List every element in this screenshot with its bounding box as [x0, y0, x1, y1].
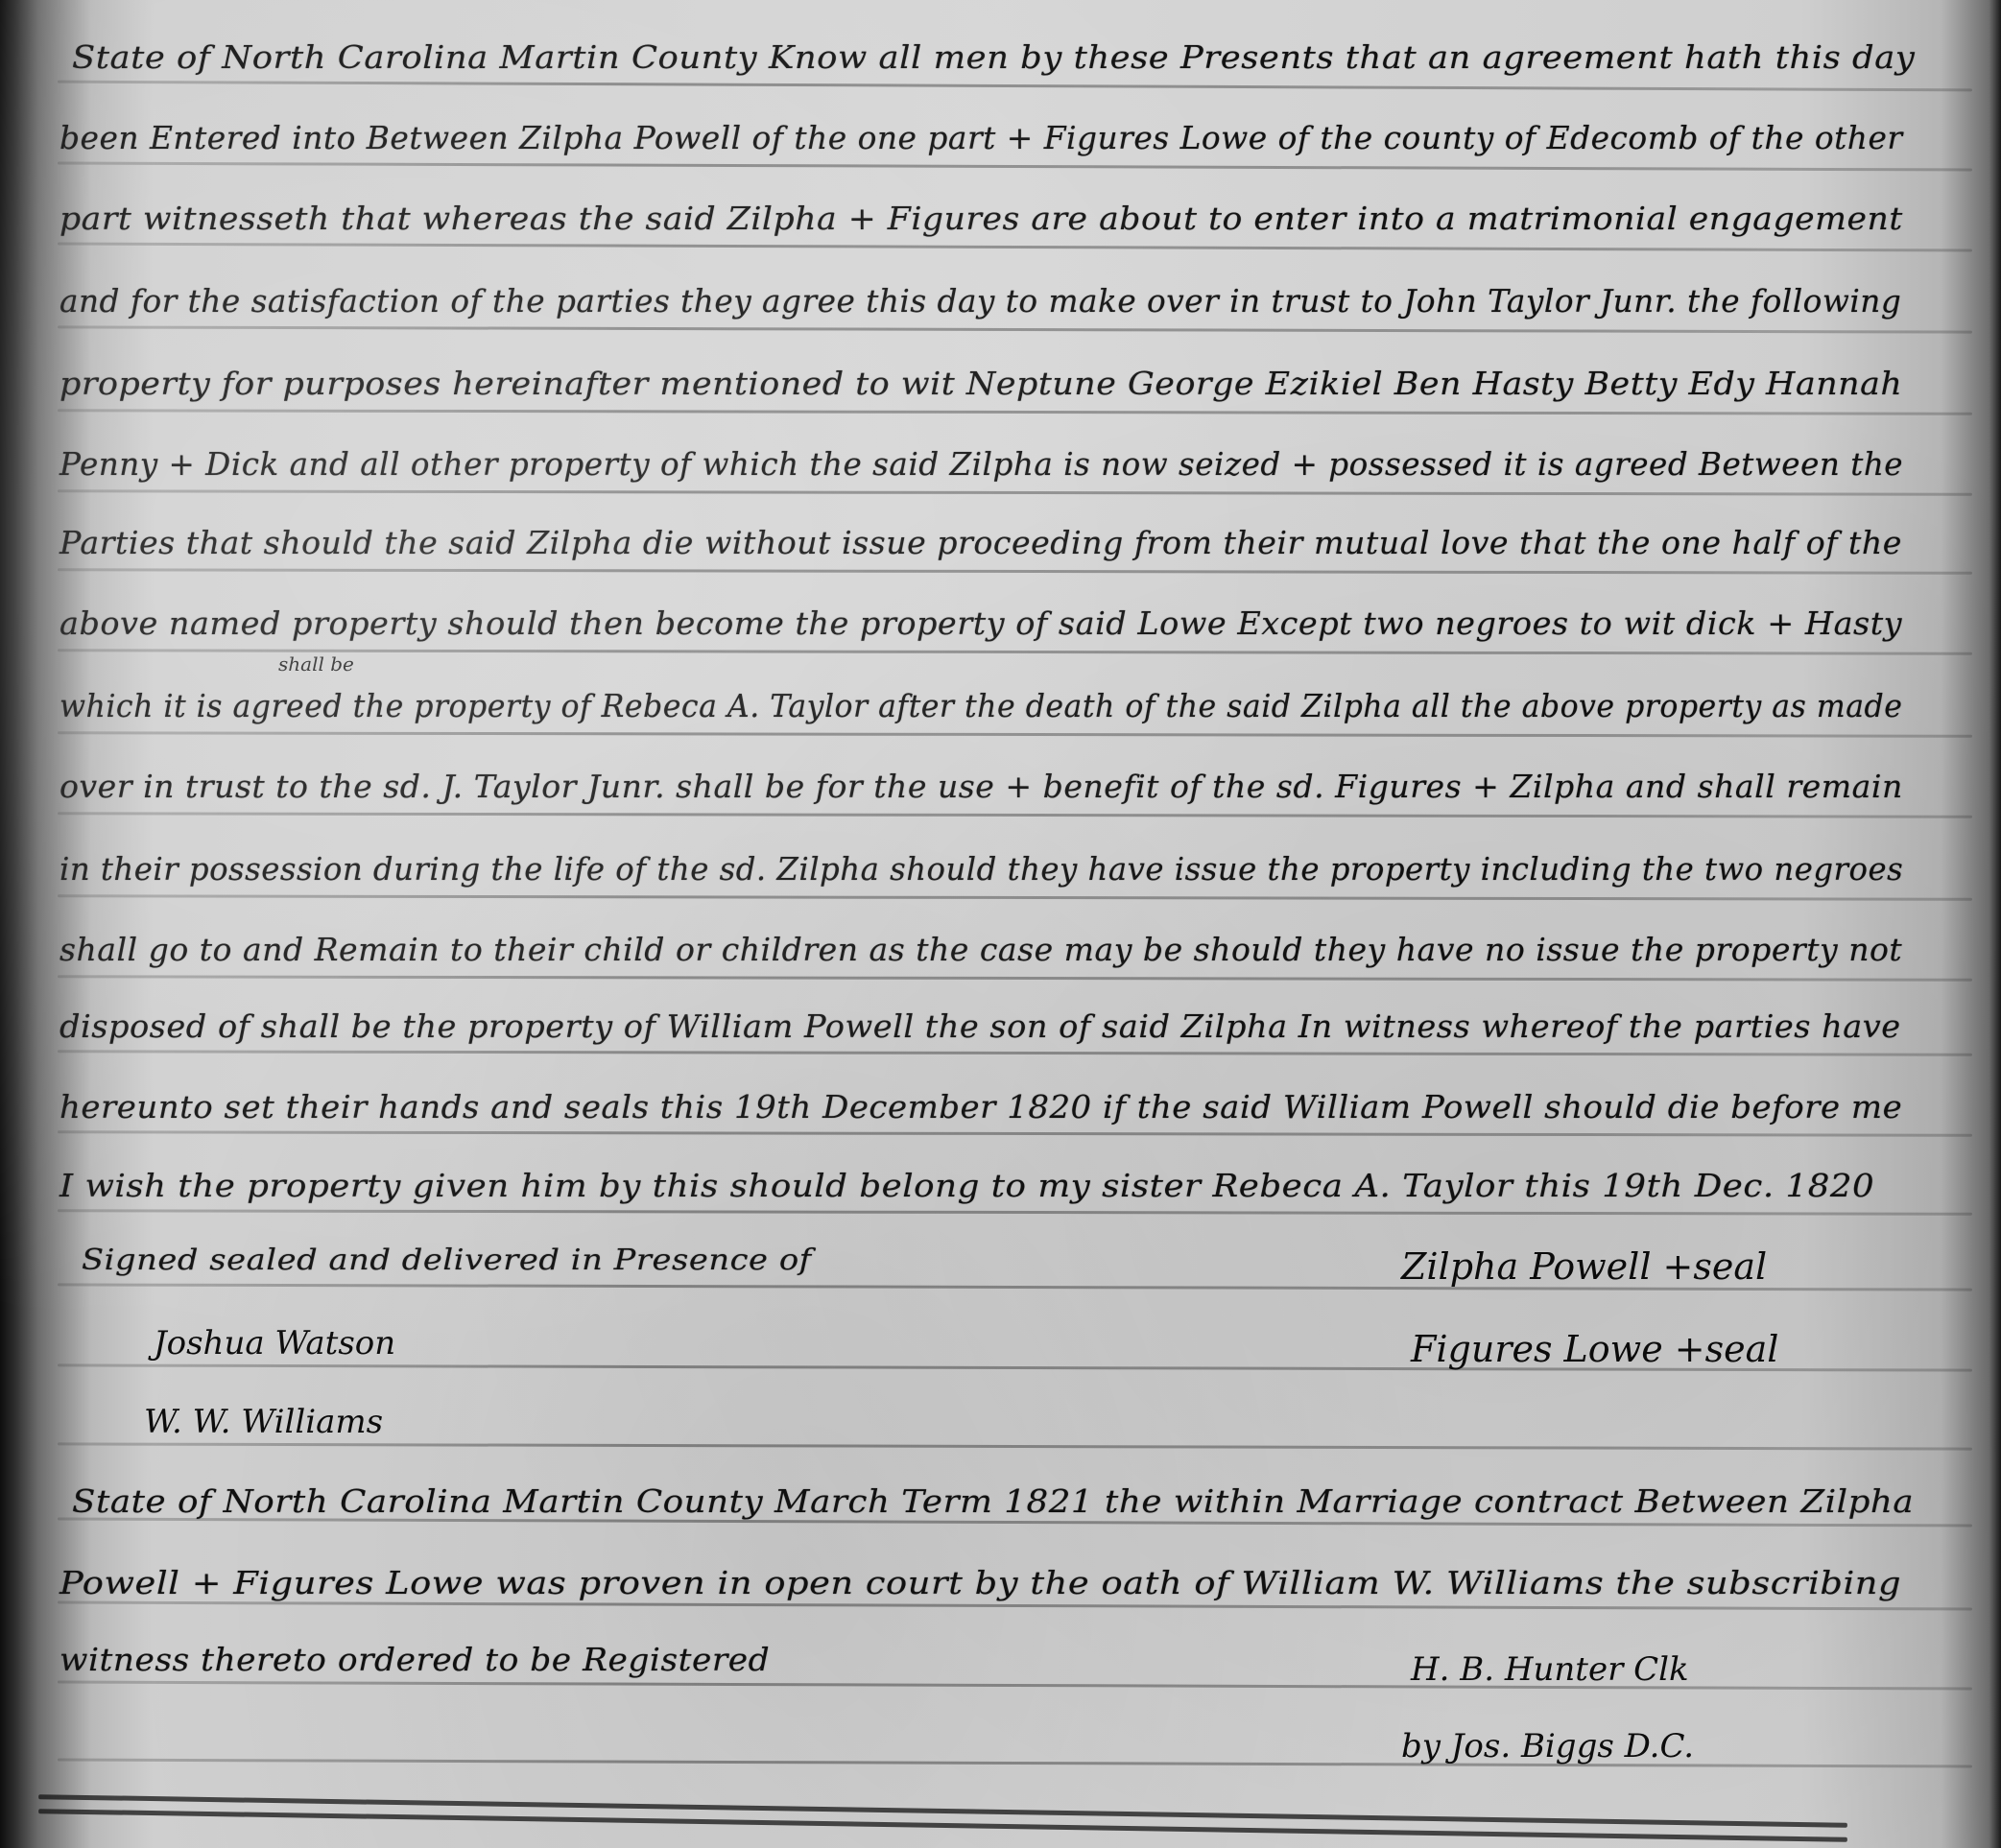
ruled-line: [58, 489, 1972, 495]
witness-signature-2: W. W. Williams: [144, 1403, 383, 1441]
ruled-line: [58, 1442, 1972, 1450]
ruled-line: [58, 1209, 1972, 1215]
body-line-9: which it is agreed the property of Rebec…: [60, 687, 1902, 724]
ruled-line: [58, 325, 1972, 333]
body-line-6: Penny + Dick and all other property of w…: [60, 445, 1903, 483]
body-line-8: above named property should then become …: [60, 604, 1902, 642]
body-line-7: Parties that should the said Zilpha die …: [60, 524, 1902, 561]
ruled-line: [58, 731, 1972, 737]
body-line-14: hereunto set their hands and seals this …: [60, 1088, 1902, 1125]
signature-figures-lowe: Figures Lowe +seal: [1411, 1328, 1778, 1370]
document-page: State of North Carolina Martin County Kn…: [0, 0, 2001, 1848]
ruled-line: [58, 975, 1972, 981]
body-line-2: been Entered into Between Zilpha Powell …: [60, 119, 1903, 156]
ruled-line: [58, 409, 1972, 415]
body-line-10: over in trust to the sd. J. Taylor Junr.…: [60, 768, 1903, 805]
probate-line-3: witness thereto ordered to be Registered: [60, 1641, 770, 1678]
ruled-line: [58, 568, 1972, 574]
probate-line-2: Powell + Figures Lowe was proven in open…: [60, 1564, 1901, 1601]
probate-line-1: State of North Carolina Martin County Ma…: [72, 1482, 1914, 1520]
ruled-line: [58, 1601, 1972, 1611]
ruled-line: [58, 243, 1972, 252]
body-line-3: part witnesseth that whereas the said Zi…: [60, 200, 1903, 237]
clerk-signature: H. B. Hunter Clk: [1411, 1650, 1689, 1689]
ruled-line: [58, 894, 1972, 900]
body-line-5: property for purposes hereinafter mentio…: [60, 365, 1902, 402]
ruled-line: [58, 1130, 1972, 1136]
body-line-15: I wish the property given him by this sh…: [60, 1167, 1874, 1204]
signature-zilpha-powell: Zilpha Powell +seal: [1401, 1245, 1767, 1288]
ruled-line: [58, 812, 1972, 817]
witness-signature-1: Joshua Watson: [154, 1324, 395, 1362]
ruled-line: [58, 1050, 1972, 1055]
interlinear-insertion: shall be: [278, 652, 354, 675]
deputy-clerk-signature: by Jos. Biggs D.C.: [1401, 1727, 1694, 1765]
attestation-line: Signed sealed and delivered in Presence …: [82, 1244, 812, 1277]
body-line-4: and for the satisfaction of the parties …: [60, 282, 1901, 320]
body-line-11: in their possession during the life of t…: [60, 850, 1903, 888]
ruled-line: [58, 81, 1972, 92]
body-line-12: shall go to and Remain to their child or…: [60, 931, 1902, 968]
body-line-1: State of North Carolina Martin County Kn…: [72, 38, 1915, 76]
body-line-13: disposed of shall be the property of Wil…: [60, 1007, 1901, 1045]
closing-double-rule: [38, 1809, 1847, 1842]
ruled-line: [58, 162, 1972, 172]
